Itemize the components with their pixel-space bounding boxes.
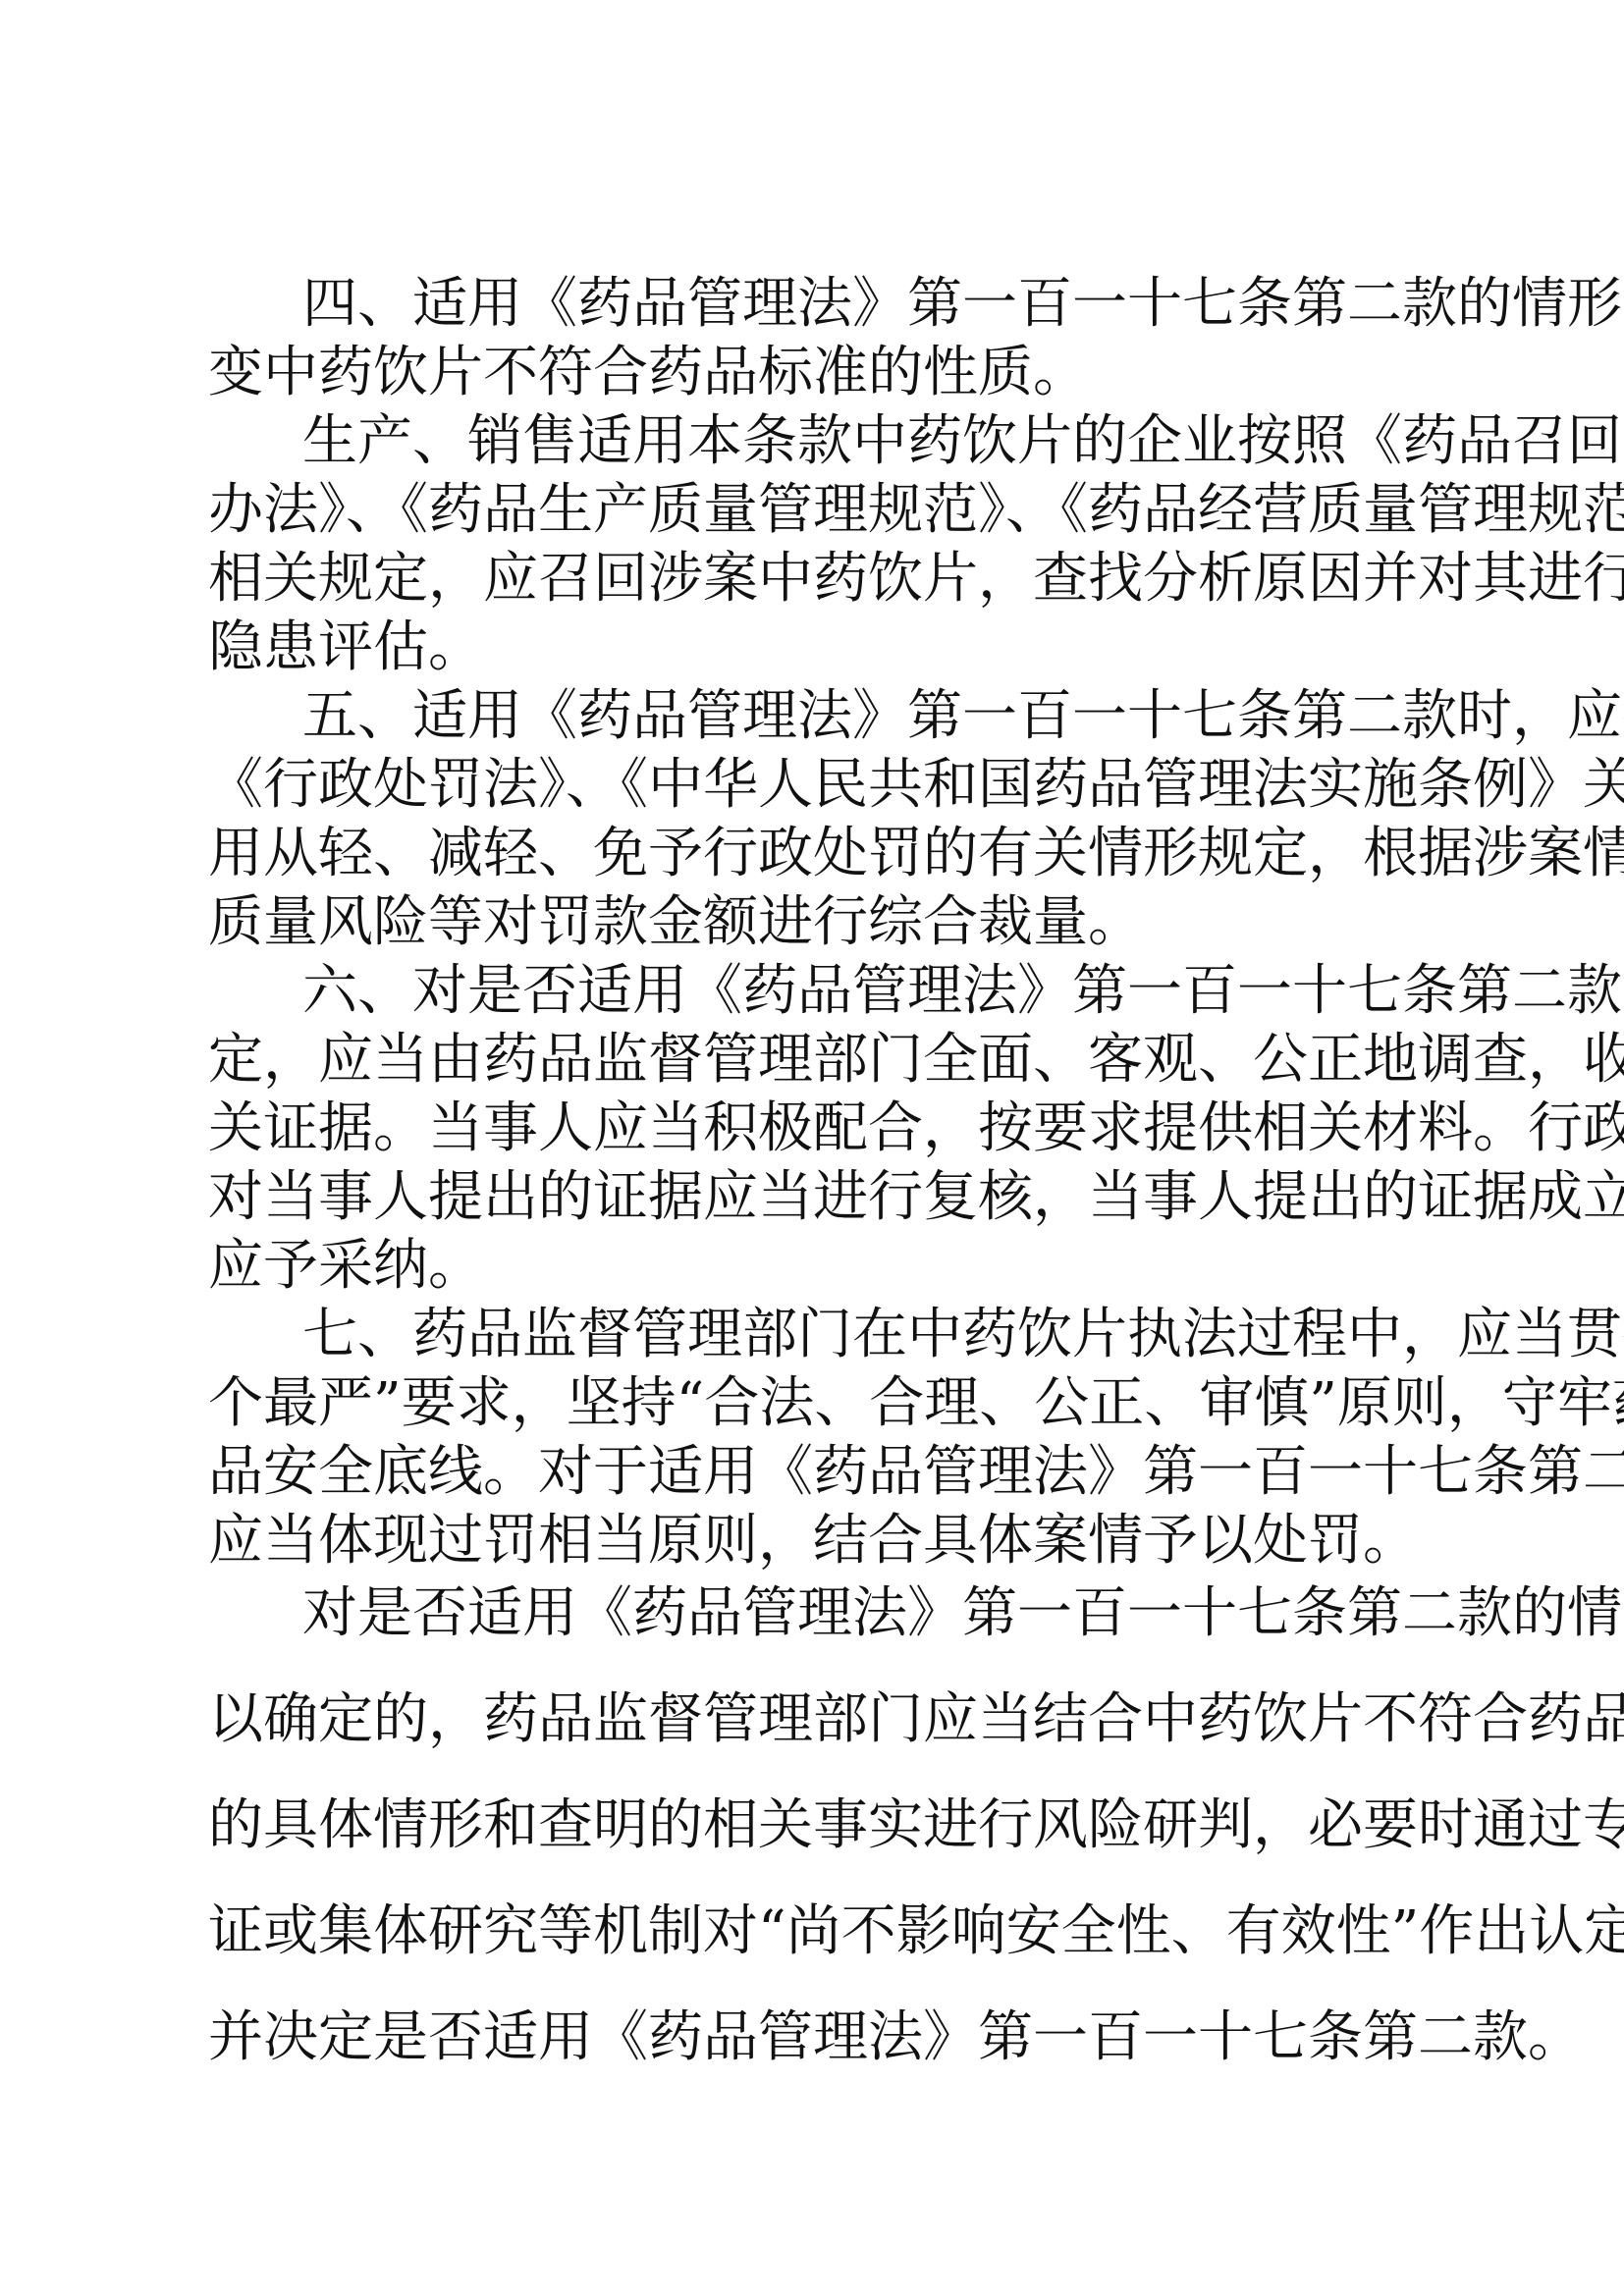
text-line: 以确定的，药品监督管理部门应当结合中药饮片不符合药品标准 [208,1688,1422,1751]
text-line: 办法》、《药品生产质量管理规范》、《药品经营质量管理规范》的 [208,479,1422,542]
text-line: 对当事人提出的证据应当进行复核，当事人提出的证据成立的， [208,1166,1422,1229]
text-line: 质量风险等对罚款金额进行综合裁量。 [208,891,1422,954]
text-line: 变中药饮片不符合药品标准的性质。 [208,342,1422,404]
text-line: 相关规定，应召回涉案中药饮片，查找分析原因并对其进行安全 [208,548,1422,611]
text-line: 的具体情形和查明的相关事实进行风险研判，必要时通过专家论 [208,1794,1422,1857]
document-page: 四、适用《药品管理法》第一百一十七条第二款的情形不改 变中药饮片不符合药品标准的… [0,0,1624,2296]
text-line: 定，应当由药品监督管理部门全面、客观、公正地调查，收集有 [208,1029,1422,1092]
text-line: 六、对是否适用《药品管理法》第一百一十七条第二款的认 [302,960,1422,1023]
text-line: 应当体现过罚相当原则，结合具体案情予以处罚。 [208,1510,1422,1573]
text-line: 五、适用《药品管理法》第一百一十七条第二款时，应结合 [302,685,1422,748]
text-line: 证或集体研究等机制对“尚不影响安全性、有效性”作出认定， [208,1900,1422,1963]
text-line: 七、药品监督管理部门在中药饮片执法过程中，应当贯彻“四 [302,1304,1422,1366]
text-line: 用从轻、减轻、免予行政处罚的有关情形规定，根据涉案情况、 [208,823,1422,885]
text-line: 对是否适用《药品管理法》第一百一十七条第二款的情形难 [302,1582,1422,1645]
text-line: 四、适用《药品管理法》第一百一十七条第二款的情形不改 [302,273,1422,336]
text-line: 关证据。当事人应当积极配合，按要求提供相关材料。行政机关 [208,1097,1422,1160]
text-line: 个最严”要求，坚持“合法、合理、公正、审慎”原则，守牢药 [208,1372,1422,1435]
text-line: 隐患评估。 [208,616,1422,679]
text-line: 并决定是否适用《药品管理法》第一百一十七条第二款。 [208,2006,1422,2069]
text-line: 生产、销售适用本条款中药饮片的企业按照《药品召回管理 [302,410,1422,473]
text-line: 应予采纳。 [208,1235,1422,1298]
text-line: 《行政处罚法》、《中华人民共和国药品管理法实施条例》关于适 [208,754,1422,817]
text-line: 品安全底线。对于适用《药品管理法》第一百一十七条第二款的， [208,1441,1422,1504]
